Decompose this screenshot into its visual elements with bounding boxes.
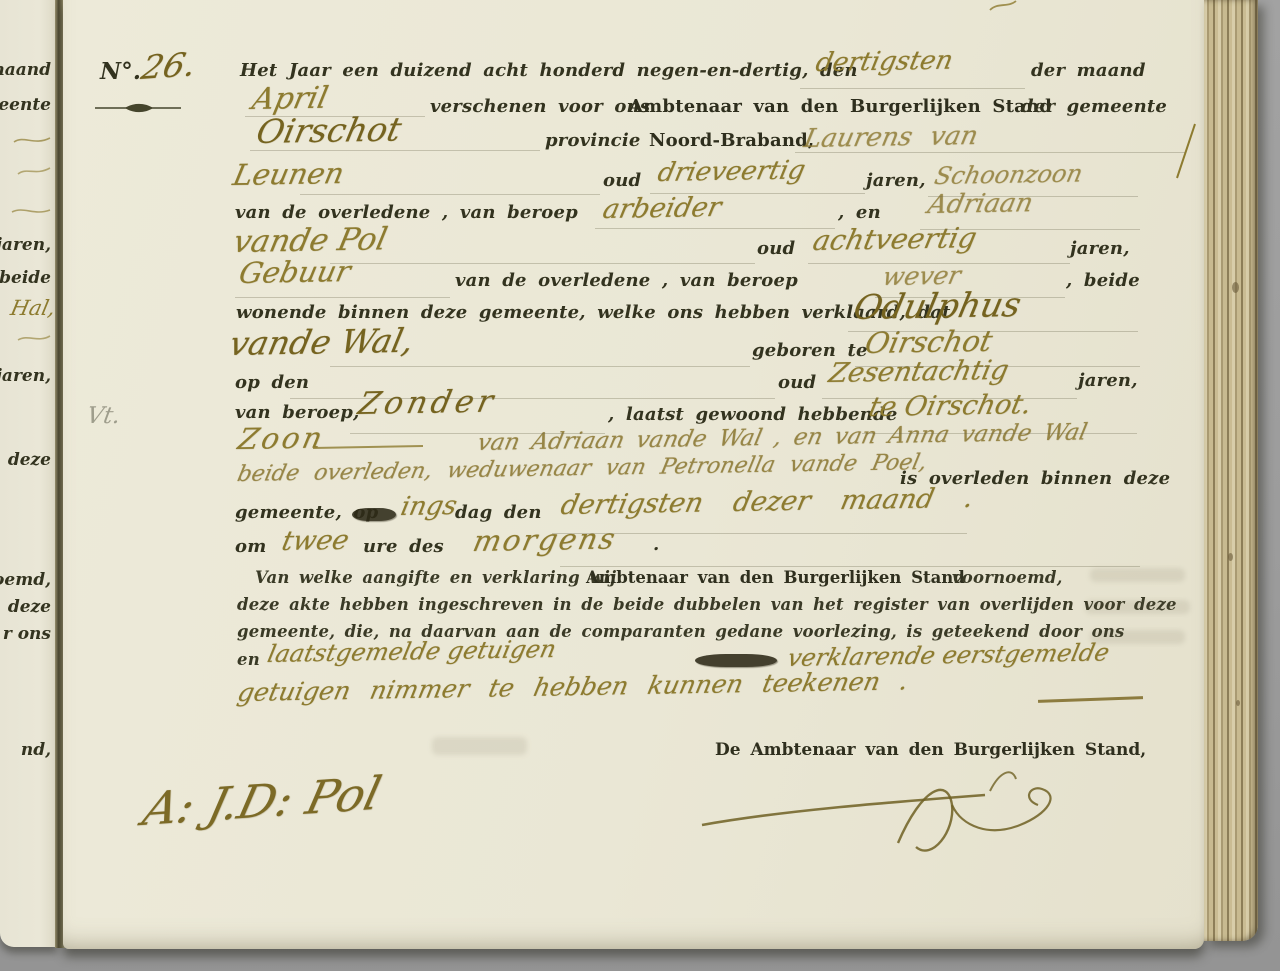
fill-line (250, 150, 540, 151)
printed-closing-en: en (237, 650, 260, 669)
left-page-fragment: jaren, (0, 366, 51, 386)
bleed-through-smudge (1090, 630, 1185, 644)
printed-closing-1a: Van welke aangifte en verklaring wij (255, 568, 616, 587)
pen-dash (313, 445, 423, 449)
fill-line (855, 366, 1140, 367)
printed-van-beroep: van beroep, (235, 402, 360, 423)
margin-note: Vt. (85, 403, 123, 429)
printed-of-deceased-occupation: van de overledene , van beroep (455, 270, 798, 291)
printed-jaren: jaren, (1070, 238, 1130, 259)
handwritten-death-date: dertigsten dezer maand . (558, 483, 976, 521)
fill-line (862, 433, 1137, 434)
printed-jaren: jaren, (1078, 370, 1138, 391)
printed-closing-1c: voornoemd, (952, 568, 1063, 587)
left-page-fragment: oemd, (0, 570, 51, 590)
handwritten-deceased-occupation: Zonder (355, 384, 500, 422)
left-page-fragment: deze (8, 597, 51, 617)
ink-blot (695, 654, 777, 667)
printed-oud: oud (757, 238, 795, 259)
printed-officiant-title: De Ambtenaar van den Burgerlijken Stand, (715, 740, 1146, 760)
printed-beide: , beide (1066, 270, 1140, 291)
printed-dag-den: dag den (455, 502, 542, 523)
bleed-through-smudge (1085, 600, 1190, 614)
handwritten-deceased-firstname: Odulphus (850, 285, 1025, 328)
handwritten-declarant2-age: achtveertig (810, 221, 980, 257)
handwritten-widower-of: beide overleden, weduwenaar van Petronel… (235, 450, 929, 487)
left-page-fragment: meente (0, 95, 51, 115)
printed-provincie: provincie (545, 130, 641, 151)
stain-speck (1232, 282, 1239, 293)
printed-of-deceased-occupation: van de overledene , van beroep (235, 202, 578, 223)
declarant-signature: A: J.D: Pol (138, 766, 386, 836)
act-number-flourish (93, 100, 185, 116)
stain-speck (1228, 553, 1233, 561)
handwritten-declarant1-firstname: Laurens van (801, 121, 981, 154)
pen-stroke (988, 0, 1018, 12)
pen-dash (1038, 696, 1143, 702)
printed-jaren: jaren, (866, 170, 926, 191)
handwritten-time-of-day: morgens (470, 522, 620, 558)
fill-line (875, 297, 1065, 298)
fill-line (795, 152, 1185, 153)
left-page-fragment: deze (8, 450, 51, 470)
printed-year-line: Het Jaar een duizend acht honderd negen-… (240, 60, 858, 81)
fill-line (330, 263, 755, 264)
page-edge-stack (1204, 0, 1258, 941)
ink-blot (352, 508, 396, 521)
fill-line (560, 566, 1140, 567)
handwritten-declarant1-surname: Leunen (230, 156, 347, 192)
printed-appeared-before: verschenen voor ons (430, 96, 650, 117)
fill-line (920, 229, 1140, 230)
left-page-fragment-handwritten: Hal, (8, 296, 57, 320)
bleed-through-smudge (1090, 568, 1185, 582)
fill-line (650, 193, 865, 194)
left-page-fragment: maand (0, 60, 51, 80)
fill-line (800, 88, 1025, 89)
handwriting-fragment (12, 133, 52, 147)
printed-period: . (653, 534, 659, 555)
handwritten-declarant2-relation: Gebuur (236, 254, 354, 290)
left-page-fragment: nd, (21, 740, 51, 760)
printed-province-name: Noord-Braband, (649, 130, 814, 151)
handwritten-unable-to-sign: getuigen nimmer te hebben kunnen teekene… (235, 666, 911, 707)
handwritten-declarant1-relation: Schoonzoon (932, 159, 1085, 190)
handwritten-deceased-residence: te Oirschot. (866, 389, 1034, 423)
handwritten-deceased-surname: vande Wal, (226, 321, 418, 363)
fill-line (290, 398, 775, 399)
fill-line (235, 297, 450, 298)
fill-line (245, 116, 425, 117)
printed-der-gemeente: der gemeente (1021, 96, 1167, 117)
fill-line (350, 433, 605, 434)
handwritten-relation-son: Zoon (235, 421, 328, 456)
printed-closing-2: deze akte hebben ingeschreven in de beid… (237, 595, 1177, 614)
handwritten-parents: van Adriaan vande Wal , en van Anna vand… (475, 419, 1089, 456)
handwritten-declarant1-age: drieveertig (655, 155, 808, 188)
printed-op-den: op den (235, 372, 309, 393)
left-page-fragment: jaren, (0, 235, 51, 255)
fill-line (330, 366, 750, 367)
handwritten-last-named-witness: laatstgemelde getuigen (265, 635, 559, 668)
printed-oud: oud (603, 170, 641, 191)
printed-oud: oud (778, 372, 816, 393)
fill-line (552, 533, 967, 534)
handwritten-deceased-age: Zesentachtig (826, 355, 1012, 389)
handwritten-declarant1-occupation: arbeider (600, 192, 724, 225)
handwriting-fragment (16, 164, 52, 178)
left-page-fragment: beide (0, 268, 51, 288)
handwritten-weekday: ings (398, 491, 460, 522)
facing-page-edge: maand meente jaren, beide Hal, jaren, de… (0, 0, 57, 947)
act-number-value: 26. (138, 44, 200, 87)
act-number-label: N°. (100, 58, 141, 85)
handwriting-fragment (10, 204, 52, 218)
printed-om: om (235, 536, 266, 557)
fill-line (300, 194, 600, 195)
scan-background: maand meente jaren, beide Hal, jaren, de… (0, 0, 1280, 971)
printed-residing-declared: wonende binnen deze gemeente, welke ons … (236, 302, 951, 323)
printed-last-resided: , laatst gewoond hebbende (608, 404, 898, 425)
handwritten-day-ordinal: dertigsten (813, 46, 956, 78)
left-page-fragment: r ons (3, 624, 51, 644)
printed-registrar-title: Ambtenaar van den Burgerlijken Stand (629, 96, 1052, 117)
handwritten-declarant2-firstname: Adriaan (925, 188, 1036, 220)
stain-speck (1236, 700, 1240, 706)
fill-line (848, 331, 1138, 332)
fill-line (595, 228, 835, 229)
fill-line (808, 263, 1070, 264)
printed-der-maand: der maand (1031, 60, 1146, 81)
fill-line (928, 196, 1138, 197)
official-signature-flourish (690, 765, 1120, 875)
printed-closing-1b: Ambtenaar van den Burgerlijken Stand (586, 568, 965, 587)
handwriting-fragment (16, 331, 52, 345)
printed-en: , en (838, 202, 881, 223)
bleed-through-smudge (432, 737, 527, 755)
handwritten-death-hour: twee (279, 525, 352, 557)
fill-line (822, 398, 1077, 399)
document-page: N°. 26. Vt. Het Jaar een duizend acht ho… (63, 0, 1204, 949)
printed-ure-des: ure des (363, 536, 444, 557)
